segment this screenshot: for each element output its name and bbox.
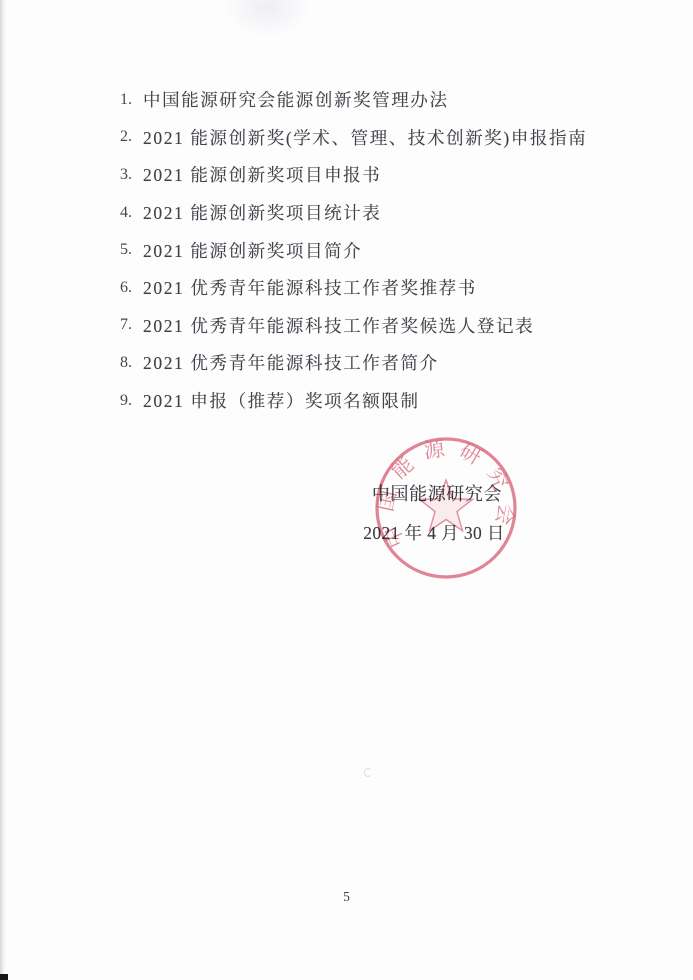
item-number: 8. (120, 354, 143, 372)
item-text: 2021 申报（推荐）奖项名额限制 (143, 388, 420, 413)
list-item: 1. 中国能源研究会能源创新奖管理办法 (120, 81, 660, 119)
item-number: 9. (120, 392, 143, 410)
scan-edge-line (0, 0, 6, 980)
scanned-document-page: 1. 中国能源研究会能源创新奖管理办法 2. 2021 能源创新奖(学术、管理、… (0, 0, 693, 980)
item-number: 3. (120, 166, 143, 184)
item-text: 2021 能源创新奖(学术、管理、技术创新奖)申报指南 (143, 125, 587, 150)
list-item: 6. 2021 优秀青年能源科技工作者奖推荐书 (120, 269, 660, 307)
item-text: 中国能源研究会能源创新奖管理办法 (143, 87, 449, 112)
item-text: 2021 能源创新奖项目简介 (143, 238, 362, 263)
list-item: 3. 2021 能源创新奖项目申报书 (120, 156, 660, 194)
item-number: 7. (120, 316, 143, 334)
item-text: 2021 优秀青年能源科技工作者简介 (143, 350, 439, 375)
item-number: 4. (120, 204, 143, 222)
signature-date: 2021 年 4 月 30 日 (334, 520, 534, 545)
list-item: 8. 2021 优秀青年能源科技工作者简介 (120, 344, 660, 382)
list-item: 2. 2021 能源创新奖(学术、管理、技术创新奖)申报指南 (120, 119, 660, 157)
item-text: 2021 能源创新奖项目统计表 (143, 200, 381, 225)
item-text: 2021 优秀青年能源科技工作者奖候选人登记表 (143, 313, 534, 338)
list-item: 4. 2021 能源创新奖项目统计表 (120, 194, 660, 232)
list-item: 7. 2021 优秀青年能源科技工作者奖候选人登记表 (120, 307, 660, 345)
item-text: 2021 优秀青年能源科技工作者奖推荐书 (143, 275, 477, 300)
scan-corner-mark (0, 974, 8, 980)
scan-speck (364, 768, 372, 777)
attachment-list: 1. 中国能源研究会能源创新奖管理办法 2. 2021 能源创新奖(学术、管理、… (120, 81, 660, 419)
item-number: 5. (120, 241, 143, 259)
seal-ring-icon (377, 439, 515, 577)
signature-organization: 中国能源研究会 (337, 480, 537, 506)
official-seal: 中国能源研究会 (366, 428, 526, 588)
item-number: 6. (120, 279, 143, 297)
list-item: 9. 2021 申报（推荐）奖项名额限制 (120, 382, 660, 420)
scan-smudge (222, 0, 312, 38)
item-number: 1. (120, 91, 143, 109)
list-item: 5. 2021 能源创新奖项目简介 (120, 231, 660, 269)
page-number: 5 (0, 889, 693, 905)
item-text: 2021 能源创新奖项目申报书 (143, 162, 381, 187)
item-number: 2. (120, 128, 143, 146)
